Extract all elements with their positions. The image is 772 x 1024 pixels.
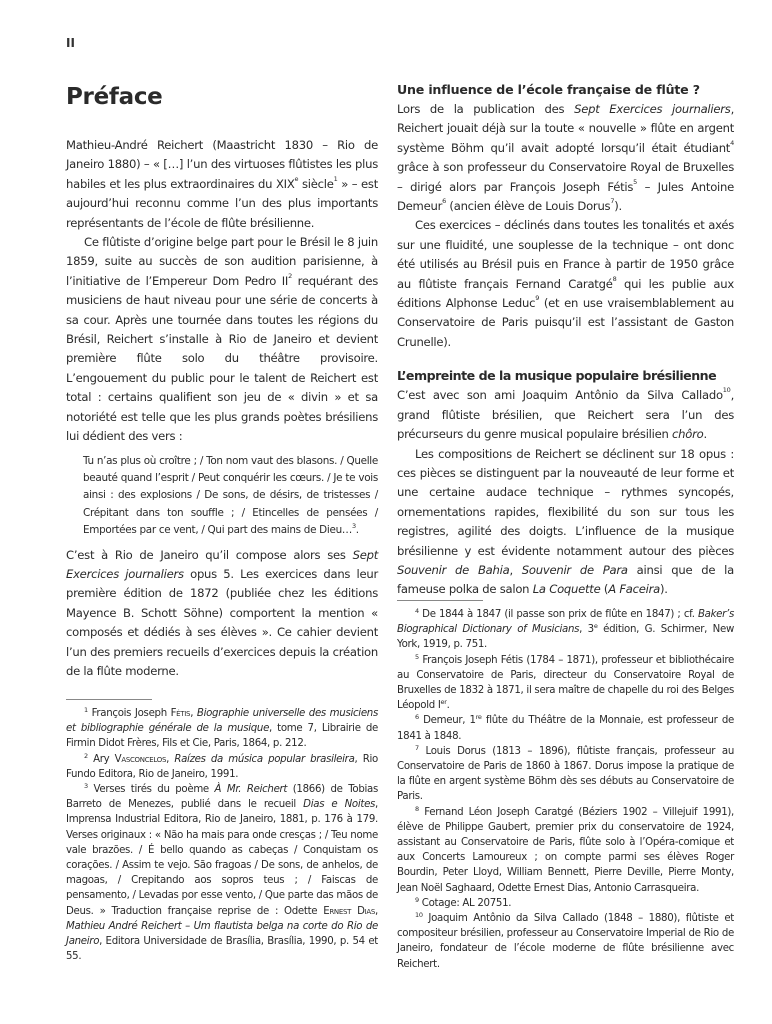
page-title: Préface (66, 84, 162, 110)
footnote-ref-9[interactable]: 9 (535, 294, 539, 302)
footnote-2: 2 Ary Vasconcelos, Raízes da música popu… (66, 752, 378, 782)
footnote-ref-1[interactable]: 1 (334, 175, 338, 183)
footnote-divider (66, 699, 152, 700)
paragraph-intro: Mathieu-André Reichert (Maastricht 1830 … (66, 136, 378, 233)
footnote-ref-5[interactable]: 5 (633, 178, 637, 186)
footnote-4: 4 De 1844 à 1847 (il passe son prix de f… (397, 607, 734, 653)
footnote-9: 9 Cotage: AL 20751. (397, 896, 734, 911)
footnote-ref-2[interactable]: 2 (288, 272, 292, 280)
footnote-ref-3[interactable]: 3 (352, 522, 356, 530)
page-number: II (66, 36, 75, 50)
paragraph-bohm-flute: Lors de la publication des Sept Exercice… (397, 100, 734, 216)
footnote-ref-10[interactable]: 10 (723, 386, 731, 394)
footnote-divider (397, 600, 483, 601)
paragraph-exercises-usage: Ces exercices – déclinés dans toutes les… (397, 216, 734, 352)
footnote-ref-8[interactable]: 8 (613, 275, 617, 283)
paragraph-biography: Ce flûtiste d’origine belge part pour le… (66, 233, 378, 446)
paragraph-compositions: Les compositions de Reichert se déclinen… (397, 445, 734, 600)
footnote-6: 6 Demeur, 1re flûte du Théâtre de la Mon… (397, 713, 734, 743)
footnotes-left: 1 François Joseph Fétis, Biographie univ… (66, 699, 378, 964)
footnote-ref-4[interactable]: 4 (730, 139, 734, 147)
section-heading-popular-music: L’empreinte de la musique populaire brés… (397, 366, 734, 386)
footnote-7: 7 Louis Dorus (1813 – 1896), flûtiste fr… (397, 744, 734, 805)
footnote-10: 10 Joaquim Antônio da Silva Callado (184… (397, 911, 734, 972)
paragraph-exercises: C’est à Rio de Janeiro qu’il compose alo… (66, 546, 378, 682)
footnote-3: 3 Verses tirés du poème À Mr. Reichert (… (66, 782, 378, 964)
footnote-8: 8 Fernand Léon Joseph Caratgé (Béziers 1… (397, 805, 734, 896)
section-heading-french-influence: Une influence de l’école française de fl… (397, 80, 734, 100)
block-quote-poem: Tu n’as plus où croître ; / Ton nom vaut… (83, 453, 378, 540)
footnote-1: 1 François Joseph Fétis, Biographie univ… (66, 706, 378, 752)
paragraph-choro: C’est avec son ami Joaquim Antônio da Si… (397, 386, 734, 444)
footnotes-right: 4 De 1844 à 1847 (il passe son prix de f… (397, 600, 734, 972)
footnote-ref-6[interactable]: 6 (442, 197, 446, 205)
footnote-5: 5 François Joseph Fétis (1784 – 1871), p… (397, 653, 734, 714)
footnote-ref-7[interactable]: 7 (610, 197, 614, 205)
